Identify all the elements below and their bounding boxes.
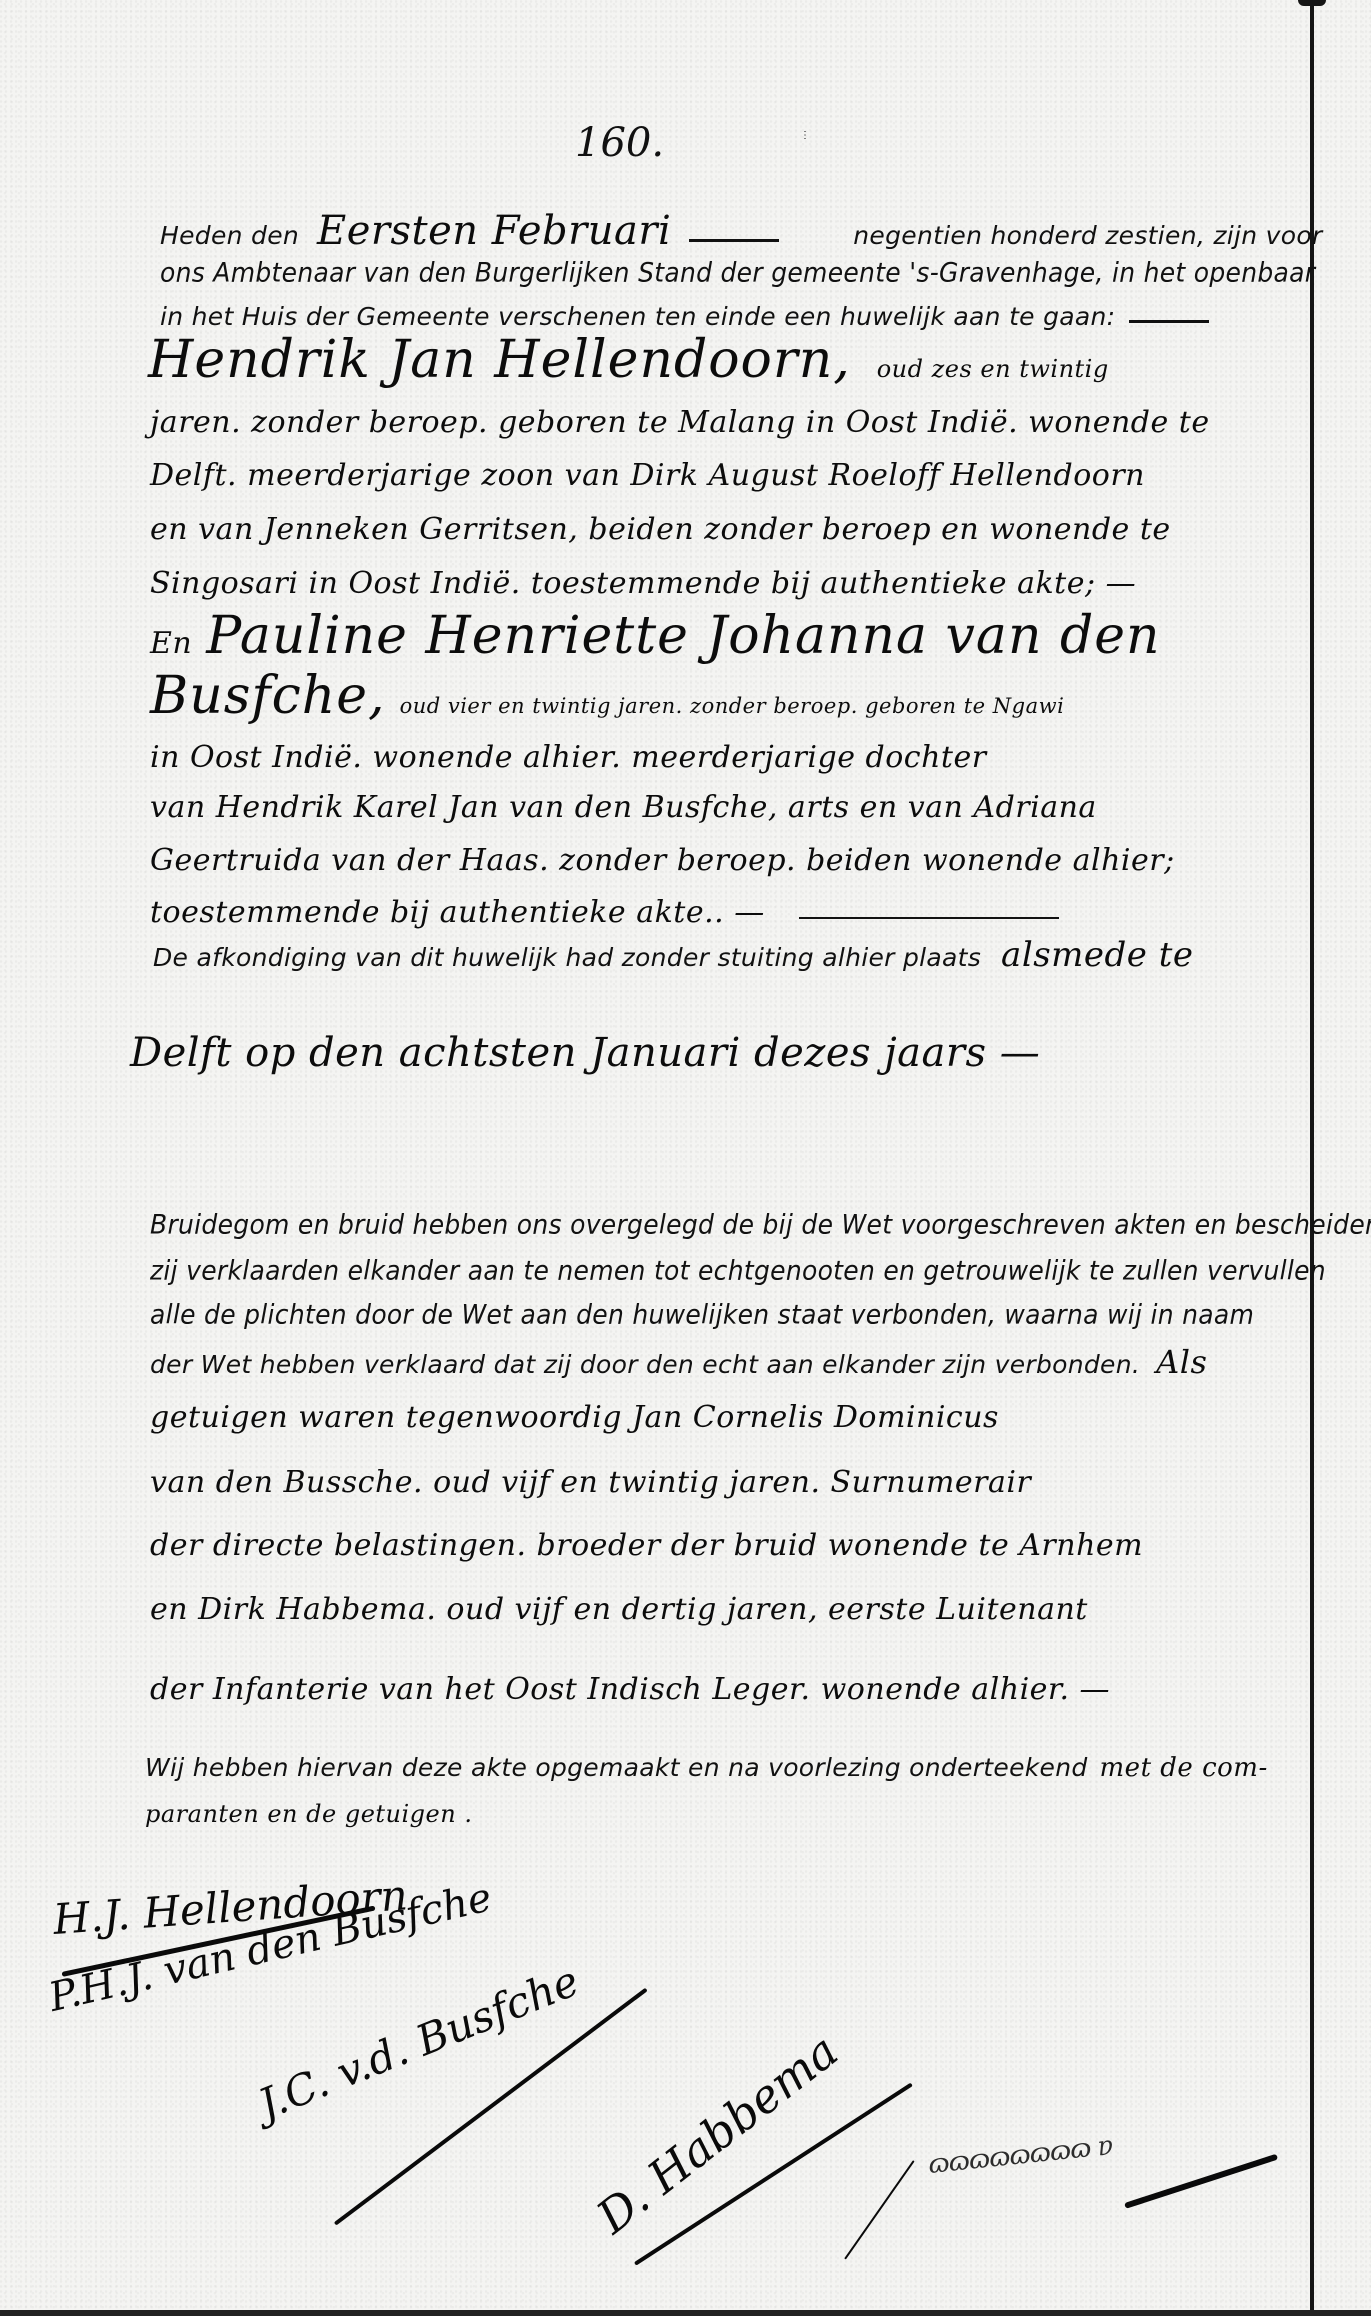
bride-surname: Busfche, bbox=[150, 666, 386, 726]
filler-dash bbox=[1129, 320, 1209, 323]
record-line-11: in Oost Indië. wonende alhier. meerderja… bbox=[150, 740, 987, 775]
record-line-22: van den Bussche. oud vijf en twintig jar… bbox=[150, 1465, 1031, 1500]
handwritten-text: oud zes en twintig bbox=[877, 355, 1109, 383]
handwritten-text: toestemmende bij authentieke akte.. — bbox=[150, 895, 765, 930]
bride-surname-line: Busfche, oud vier en twintig jaren. zond… bbox=[150, 666, 1064, 726]
filler-dash bbox=[689, 239, 779, 242]
signature-underline bbox=[1124, 2154, 1278, 2209]
record-line-17: Bruidegom en bruid hebben ons overgelegd… bbox=[150, 1209, 1371, 1240]
handwritten-text: der Infanterie van het Oost Indisch Lege… bbox=[150, 1672, 1110, 1707]
margin-dots: ⋮ bbox=[800, 130, 810, 141]
groom-name: Hendrik Jan Hellendoorn, bbox=[148, 330, 851, 390]
printed-text: in het Huis der Gemeente verschenen ten … bbox=[160, 302, 1115, 331]
record-line-14: toestemmende bij authentieke akte.. — bbox=[150, 895, 1059, 930]
signature-stroke bbox=[844, 2160, 914, 2259]
record-line-21: getuigen waren tegenwoordig Jan Cornelis… bbox=[150, 1400, 999, 1435]
page-number: 160. bbox=[575, 120, 664, 166]
record-line-20: der Wet hebben verklaard dat zij door de… bbox=[150, 1343, 1207, 1381]
handwritten-date: Eersten Februari bbox=[317, 208, 671, 254]
record-line-2: ons Ambtenaar van den Burgerlijken Stand… bbox=[160, 257, 1315, 288]
page-border-cap bbox=[1298, 0, 1326, 6]
printed-text: der Wet hebben verklaard dat zij door de… bbox=[150, 1350, 1140, 1379]
record-line-25: der Infanterie van het Oost Indisch Lege… bbox=[150, 1672, 1110, 1707]
groom-name-line: Hendrik Jan Hellendoorn, oud zes en twin… bbox=[148, 330, 1109, 390]
record-line-8: Singosari in Oost Indië. toestemmende bi… bbox=[150, 566, 1136, 601]
printed-text: negentien honderd zestien, zijn voor bbox=[853, 221, 1322, 250]
handwritten-text: met de com- bbox=[1100, 1753, 1268, 1783]
signature-witness-1: J.C. v.d. Busfche bbox=[252, 1956, 586, 2129]
record-line-24: en Dirk Habbema. oud vijf en dertig jare… bbox=[150, 1592, 1088, 1627]
record-line-12: van Hendrik Karel Jan van den Busfche, a… bbox=[150, 790, 1097, 825]
handwritten-text: oud vier en twintig jaren. zonder beroep… bbox=[400, 694, 1065, 718]
record-line-26: Wij hebben hiervan deze akte opgemaakt e… bbox=[145, 1753, 1268, 1783]
record-line-3: in het Huis der Gemeente verschenen ten … bbox=[160, 302, 1209, 331]
record-line-13: Geertruida van der Haas. zonder beroep. … bbox=[150, 843, 1175, 878]
page-border-line bbox=[1310, 0, 1314, 2316]
signature-official: ɷɷɷɷɷɷɷɷ ɐ bbox=[927, 2131, 1114, 2180]
record-line-15: De afkondiging van dit huwelijk had zond… bbox=[153, 935, 1193, 975]
handwritten-text: Als bbox=[1156, 1343, 1207, 1381]
bride-name: Pauline Henriette Johanna van den bbox=[206, 606, 1160, 666]
handwritten-text: alsmede te bbox=[1001, 935, 1193, 975]
marriage-record-page: ⋮ 160. Heden den Eersten Februari negent… bbox=[0, 0, 1371, 2316]
record-line-1: Heden den Eersten Februari negentien hon… bbox=[160, 208, 1323, 254]
record-line-18: zij verklaarden elkander aan te nemen to… bbox=[150, 1255, 1326, 1286]
record-line-6: Delft. meerderjarige zoon van Dirk Augus… bbox=[150, 458, 1145, 493]
page-bottom-edge bbox=[0, 2310, 1371, 2316]
printed-text: Heden den bbox=[160, 221, 299, 250]
record-line-27: paranten en de getuigen . bbox=[145, 1800, 472, 1828]
printed-text: De afkondiging van dit huwelijk had zond… bbox=[153, 943, 981, 972]
bride-name-line: En Pauline Henriette Johanna van den bbox=[150, 606, 1161, 666]
record-line-19: alle de plichten door de Wet aan den huw… bbox=[150, 1299, 1254, 1330]
record-line-16: Delft op den achtsten Januari dezes jaar… bbox=[130, 1030, 1040, 1076]
filler-dash bbox=[799, 917, 1059, 919]
record-line-7: en van Jenneken Gerritsen, beiden zonder… bbox=[150, 512, 1171, 547]
record-line-5: jaren. zonder beroep. geboren te Malang … bbox=[150, 405, 1210, 440]
record-line-23: der directe belastingen. broeder der bru… bbox=[150, 1528, 1143, 1563]
printed-text: Wij hebben hiervan deze akte opgemaakt e… bbox=[145, 1753, 1088, 1782]
handwritten-text: En bbox=[150, 626, 192, 661]
